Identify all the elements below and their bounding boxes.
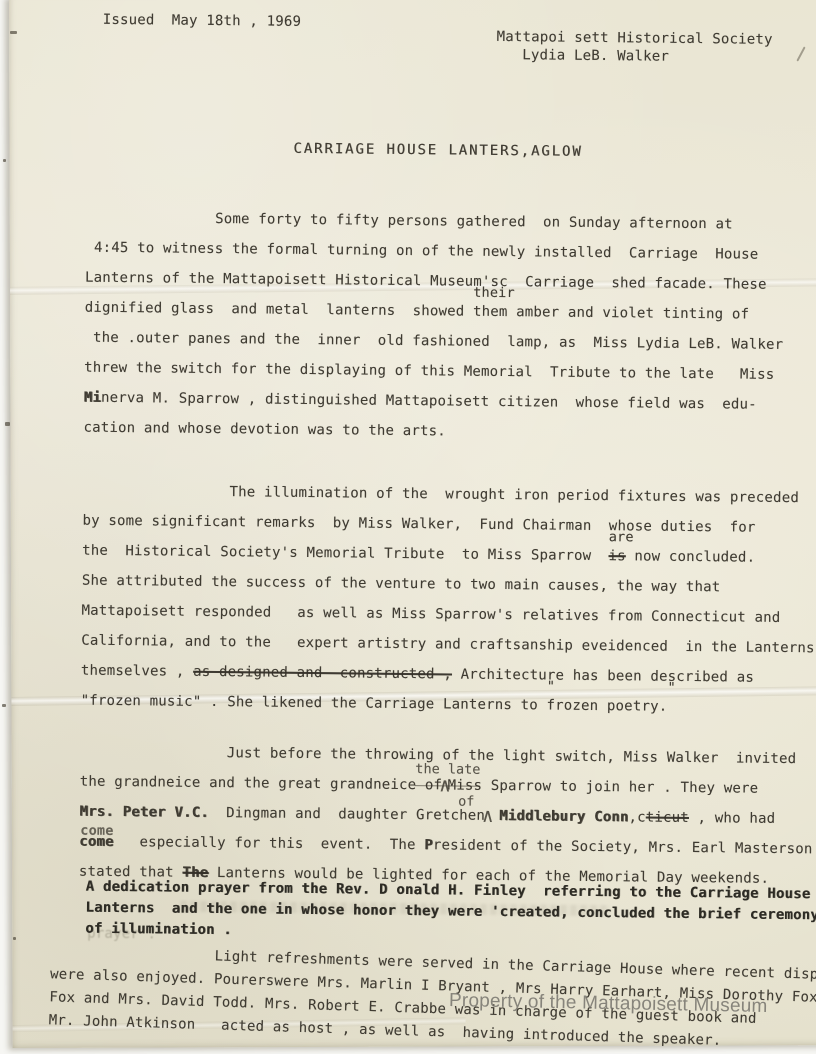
text-segment: P (424, 837, 433, 853)
paragraph-p2: The illumination of the wrought iron per… (80, 476, 816, 724)
text-segment: Lanterns of the Mattapoisett Historical … (85, 270, 767, 293)
text-segment: comecome (79, 834, 114, 850)
text-segment: themselves , (81, 663, 193, 680)
issued-date: Issued May 18th , 1969 (103, 12, 302, 30)
text-segment: themtheir (473, 304, 508, 320)
inserted-word: " (547, 671, 556, 701)
letterhead: Mattapoi sett Historical Society Lydia L… (496, 28, 772, 67)
text-segment (490, 808, 499, 824)
text-segment: Mattapoisett responded as well as Miss S… (82, 603, 781, 626)
text-segment: Mrs. Earl Masterson (649, 840, 813, 858)
document-title: CARRIAGE HOUSE LANTERS,AGLOW (293, 141, 582, 160)
text-segment: the grandneice and the great grandneice … (80, 774, 443, 794)
text-segment: She attributed the success of the ventur… (82, 573, 721, 596)
inserted-word: of (458, 787, 475, 817)
text-segment: of illumination . (85, 921, 232, 939)
paragraph-p3: Just before the throwing of the light sw… (79, 737, 814, 895)
text-segment: the .outer panes and the inner old fashi… (84, 330, 783, 353)
text-segment: especially for this event. The (114, 834, 425, 853)
text-segment: amber and violet tinting of (507, 304, 749, 323)
text-segment: by some significant remarks by Miss Walk… (82, 513, 755, 536)
text-segment: Miss Sparrow to join her . They were (448, 777, 759, 796)
text-segment: dignified glass and metal lanterns showe… (85, 300, 473, 320)
paragraph-p1: Some forty to fifty persons gathered on … (83, 203, 784, 450)
text-segment: Mi (84, 390, 101, 406)
text-segment: Dingman and daughter Gretchen (209, 805, 485, 824)
text-segment: Middlebury Conn (499, 808, 629, 825)
text-segment: "frozen music" . She likened the Carriag… (81, 693, 547, 714)
text-segment: California, and to the expert artistry a… (81, 633, 815, 657)
text-segment: nerva M. Sparrow , distinguished Mattapo… (101, 390, 757, 413)
text-segment: 4:45 to witness the formal turning on of… (85, 240, 758, 263)
author-name: Lydia LeB. Walker (496, 46, 772, 67)
inserted-word: come (80, 815, 114, 845)
text-segment: resident of the Society, (433, 837, 649, 855)
text-segment: ticut (646, 810, 689, 826)
text-segment: the Historical Society's Memorial Tribut… (82, 543, 608, 565)
text-segment: frozen poetry." (546, 697, 667, 714)
text-segment: cation and whose devotion was to the art… (83, 420, 446, 440)
text-segment: , who had (689, 810, 775, 827)
inserted-word: " (667, 672, 676, 702)
typed-document: Issued May 18th , 1969 Mattapoi sett His… (0, 0, 816, 1054)
text-segment: Architecture has been described as (452, 666, 754, 685)
text-segment: now concluded. (626, 548, 756, 565)
text-segment: The illumination of the wrought iron per… (83, 483, 799, 506)
text-segment: Some forty to fifty persons gathered on … (86, 210, 733, 233)
text-segment: as designed and constructed , (193, 664, 452, 683)
text-segment: ,c (628, 809, 645, 825)
paragraph-p4: A dedication prayer from the Rev. D onal… (85, 877, 816, 948)
text-segment: threw the switch for the displaying of t… (84, 360, 774, 383)
text-segment: isare (608, 548, 625, 564)
